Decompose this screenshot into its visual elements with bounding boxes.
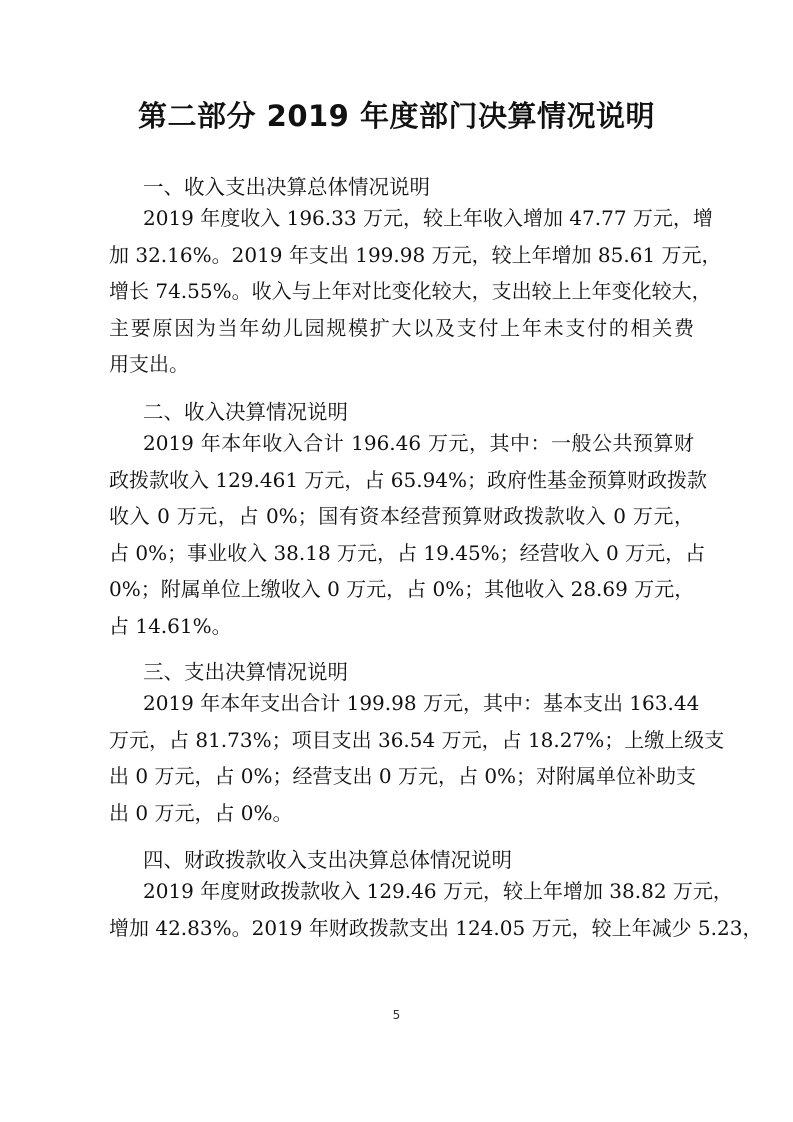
- paragraph-line: 0%；附属单位上缴收入 0 万元，占 0%；其他收入 28.69 万元，: [109, 571, 694, 608]
- paragraph-line: 占 14.61%。: [109, 608, 694, 645]
- paragraph-line: 收入 0 万元，占 0%；国有资本经营预算财政拨款收入 0 万元，: [109, 498, 694, 535]
- section-paragraph-1: 2019 年度收入 196.33 万元，较上年收入增加 47.77 万元，增 加…: [109, 200, 694, 383]
- paragraph-line: 加 32.16%。2019 年支出 199.98 万元，较上年增加 85.61 …: [109, 237, 694, 274]
- section-paragraph-4: 2019 年度财政拨款收入 129.46 万元，较上年增加 38.82 万元， …: [109, 873, 694, 946]
- section-heading-2: 二、收入决算情况说明: [143, 395, 348, 425]
- paragraph-line: 2019 年本年收入合计 196.46 万元，其中：一般公共预算财: [109, 425, 694, 462]
- page-number: 5: [0, 1008, 793, 1022]
- document-page: 第二部分 2019 年度部门决算情况说明 一、收入支出决算总体情况说明 2019…: [0, 0, 793, 1122]
- paragraph-line: 增加 42.83%。2019 年财政拨款支出 124.05 万元，较上年减少 5…: [109, 910, 694, 947]
- section-heading-3: 三、支出决算情况说明: [143, 655, 348, 685]
- section-paragraph-3: 2019 年本年支出合计 199.98 万元，其中：基本支出 163.44 万元…: [109, 685, 694, 831]
- page-title: 第二部分 2019 年度部门决算情况说明: [0, 94, 793, 135]
- paragraph-line: 2019 年度收入 196.33 万元，较上年收入增加 47.77 万元，增: [109, 200, 694, 237]
- paragraph-line: 占 0%；事业收入 38.18 万元，占 19.45%；经营收入 0 万元，占: [109, 535, 694, 572]
- section-heading-4: 四、财政拨款收入支出决算总体情况说明: [143, 843, 512, 873]
- paragraph-line: 增长 74.55%。收入与上年对比变化较大，支出较上上年变化较大，: [109, 273, 694, 310]
- paragraph-line: 政拨款收入 129.461 万元，占 65.94%；政府性基金预算财政拨款: [109, 462, 694, 499]
- section-heading-1: 一、收入支出决算总体情况说明: [143, 170, 430, 200]
- paragraph-line: 2019 年度财政拨款收入 129.46 万元，较上年增加 38.82 万元，: [109, 873, 694, 910]
- paragraph-line: 用支出。: [109, 346, 694, 383]
- paragraph-line: 万元，占 81.73%；项目支出 36.54 万元，占 18.27%；上缴上级支: [109, 722, 694, 759]
- paragraph-line: 出 0 万元，占 0%；经营支出 0 万元，占 0%；对附属单位补助支: [109, 758, 694, 795]
- paragraph-line: 出 0 万元，占 0%。: [109, 795, 694, 832]
- paragraph-line: 2019 年本年支出合计 199.98 万元，其中：基本支出 163.44: [109, 685, 694, 722]
- paragraph-line: 主要原因为当年幼儿园规模扩大以及支付上年未支付的相关费: [109, 310, 694, 347]
- section-paragraph-2: 2019 年本年收入合计 196.46 万元，其中：一般公共预算财 政拨款收入 …: [109, 425, 694, 644]
